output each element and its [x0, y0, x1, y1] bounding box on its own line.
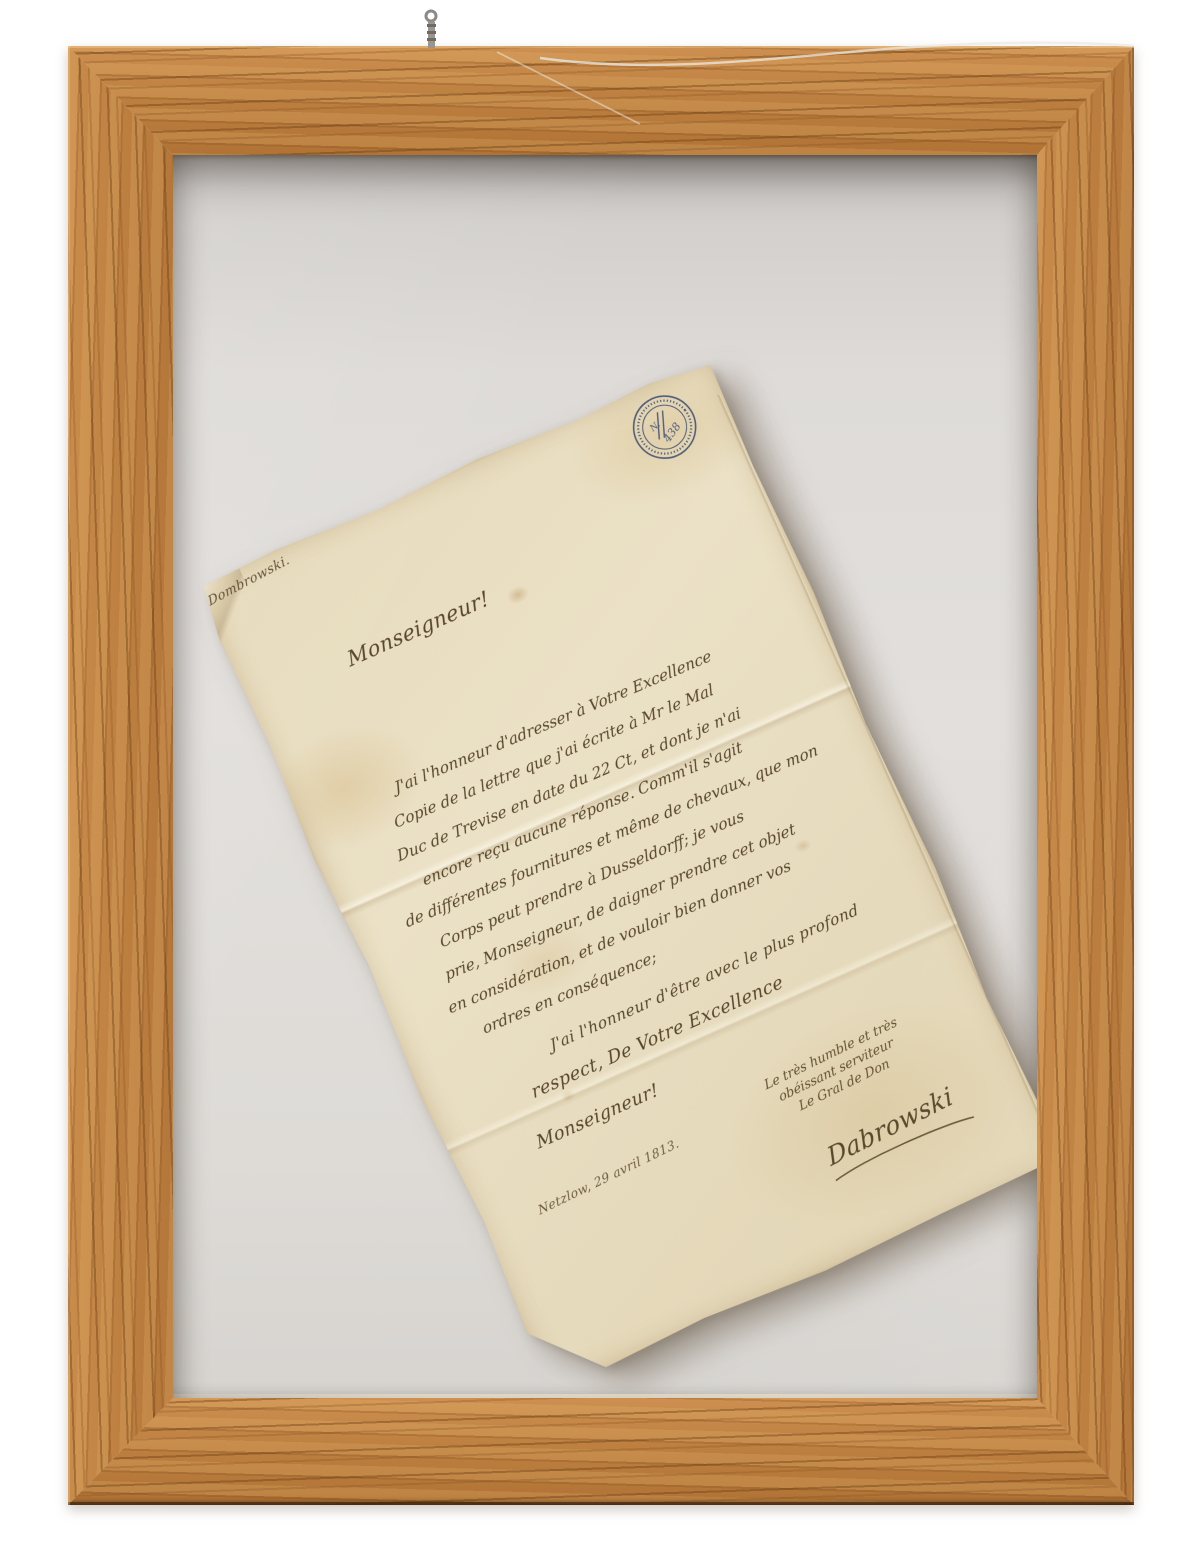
frame-side-left: [68, 46, 173, 1505]
screw-eyelet-icon: [426, 11, 436, 48]
frame-side-top: [68, 46, 1134, 155]
dateline: Netzlow, 29 avril 1813.: [536, 1135, 681, 1218]
frame-backing: Dombrowski. N. 438 Monseigneur! J'ai l'h…: [173, 155, 1037, 1398]
letter-salutation: Monseigneur!: [344, 586, 492, 672]
letter-sheet: Dombrowski. N. 438 Monseigneur! J'ai l'h…: [192, 355, 1037, 1393]
letter-paper: Dombrowski. N. 438 Monseigneur! J'ai l'h…: [192, 355, 1037, 1393]
stamp-rim-microtext: [627, 390, 702, 465]
picture-frame: Dombrowski. N. 438 Monseigneur! J'ai l'h…: [68, 46, 1134, 1505]
frame-side-bottom: [68, 1398, 1134, 1505]
stamp-monogram: N.: [648, 420, 663, 435]
framed-letter-photo: Dombrowski. N. 438 Monseigneur! J'ai l'h…: [0, 0, 1200, 1561]
collection-stamp: N. 438: [617, 379, 713, 475]
frame-lip-highlight: [173, 1394, 1037, 1398]
archivist-annotation: Dombrowski.: [206, 552, 292, 609]
letter-body: J'ai l'honneur d'adresser à Votre Excell…: [341, 617, 873, 1059]
frame-side-right: [1037, 46, 1134, 1505]
